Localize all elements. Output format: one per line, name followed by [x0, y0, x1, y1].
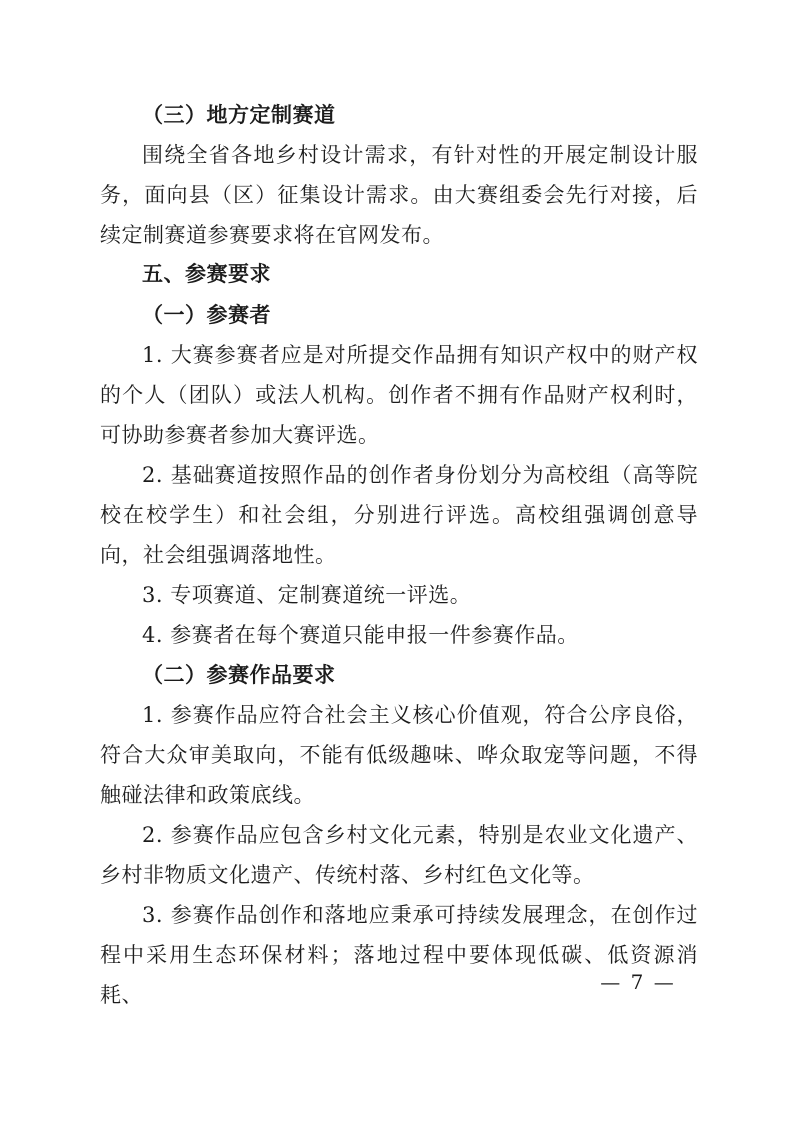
paragraph-participants-item-2: 2. 基础赛道按照作品的创作者身份划分为高校组（高等院校在校学生）和社会组，分别… [100, 455, 698, 575]
paragraph-work-requirements-item-1: 1. 参赛作品应符合社会主义核心价值观，符合公序良俗，符合大众审美取向，不能有低… [100, 695, 698, 815]
paragraph-participants-item-1: 1. 大赛参赛者应是对所提交作品拥有知识产权中的财产权的个人（团队）或法人机构。… [100, 335, 698, 455]
subheading-participants: （一）参赛者 [100, 295, 698, 335]
page-number: — 7 — [588, 968, 688, 996]
document-body: （三）地方定制赛道 围绕全省各地乡村设计需求，有针对性的开展定制设计服务，面向县… [100, 95, 698, 1015]
document-page: （三）地方定制赛道 围绕全省各地乡村设计需求，有针对性的开展定制设计服务，面向县… [0, 0, 800, 1131]
paragraph-participants-item-3: 3. 专项赛道、定制赛道统一评选。 [100, 575, 698, 615]
paragraph-local-custom-track: 围绕全省各地乡村设计需求，有针对性的开展定制设计服务，面向县（区）征集设计需求。… [100, 135, 698, 255]
paragraph-participants-item-4: 4. 参赛者在每个赛道只能申报一件参赛作品。 [100, 615, 698, 655]
paragraph-work-requirements-item-2: 2. 参赛作品应包含乡村文化元素，特别是农业文化遗产、乡村非物质文化遗产、传统村… [100, 815, 698, 895]
subheading-local-custom-track: （三）地方定制赛道 [100, 95, 698, 135]
paragraph-work-requirements-item-3: 3. 参赛作品创作和落地应秉承可持续发展理念，在创作过程中采用生态环保材料；落地… [100, 895, 698, 1015]
subheading-work-requirements: （二）参赛作品要求 [100, 655, 698, 695]
heading-entry-requirements: 五、参赛要求 [100, 255, 698, 295]
